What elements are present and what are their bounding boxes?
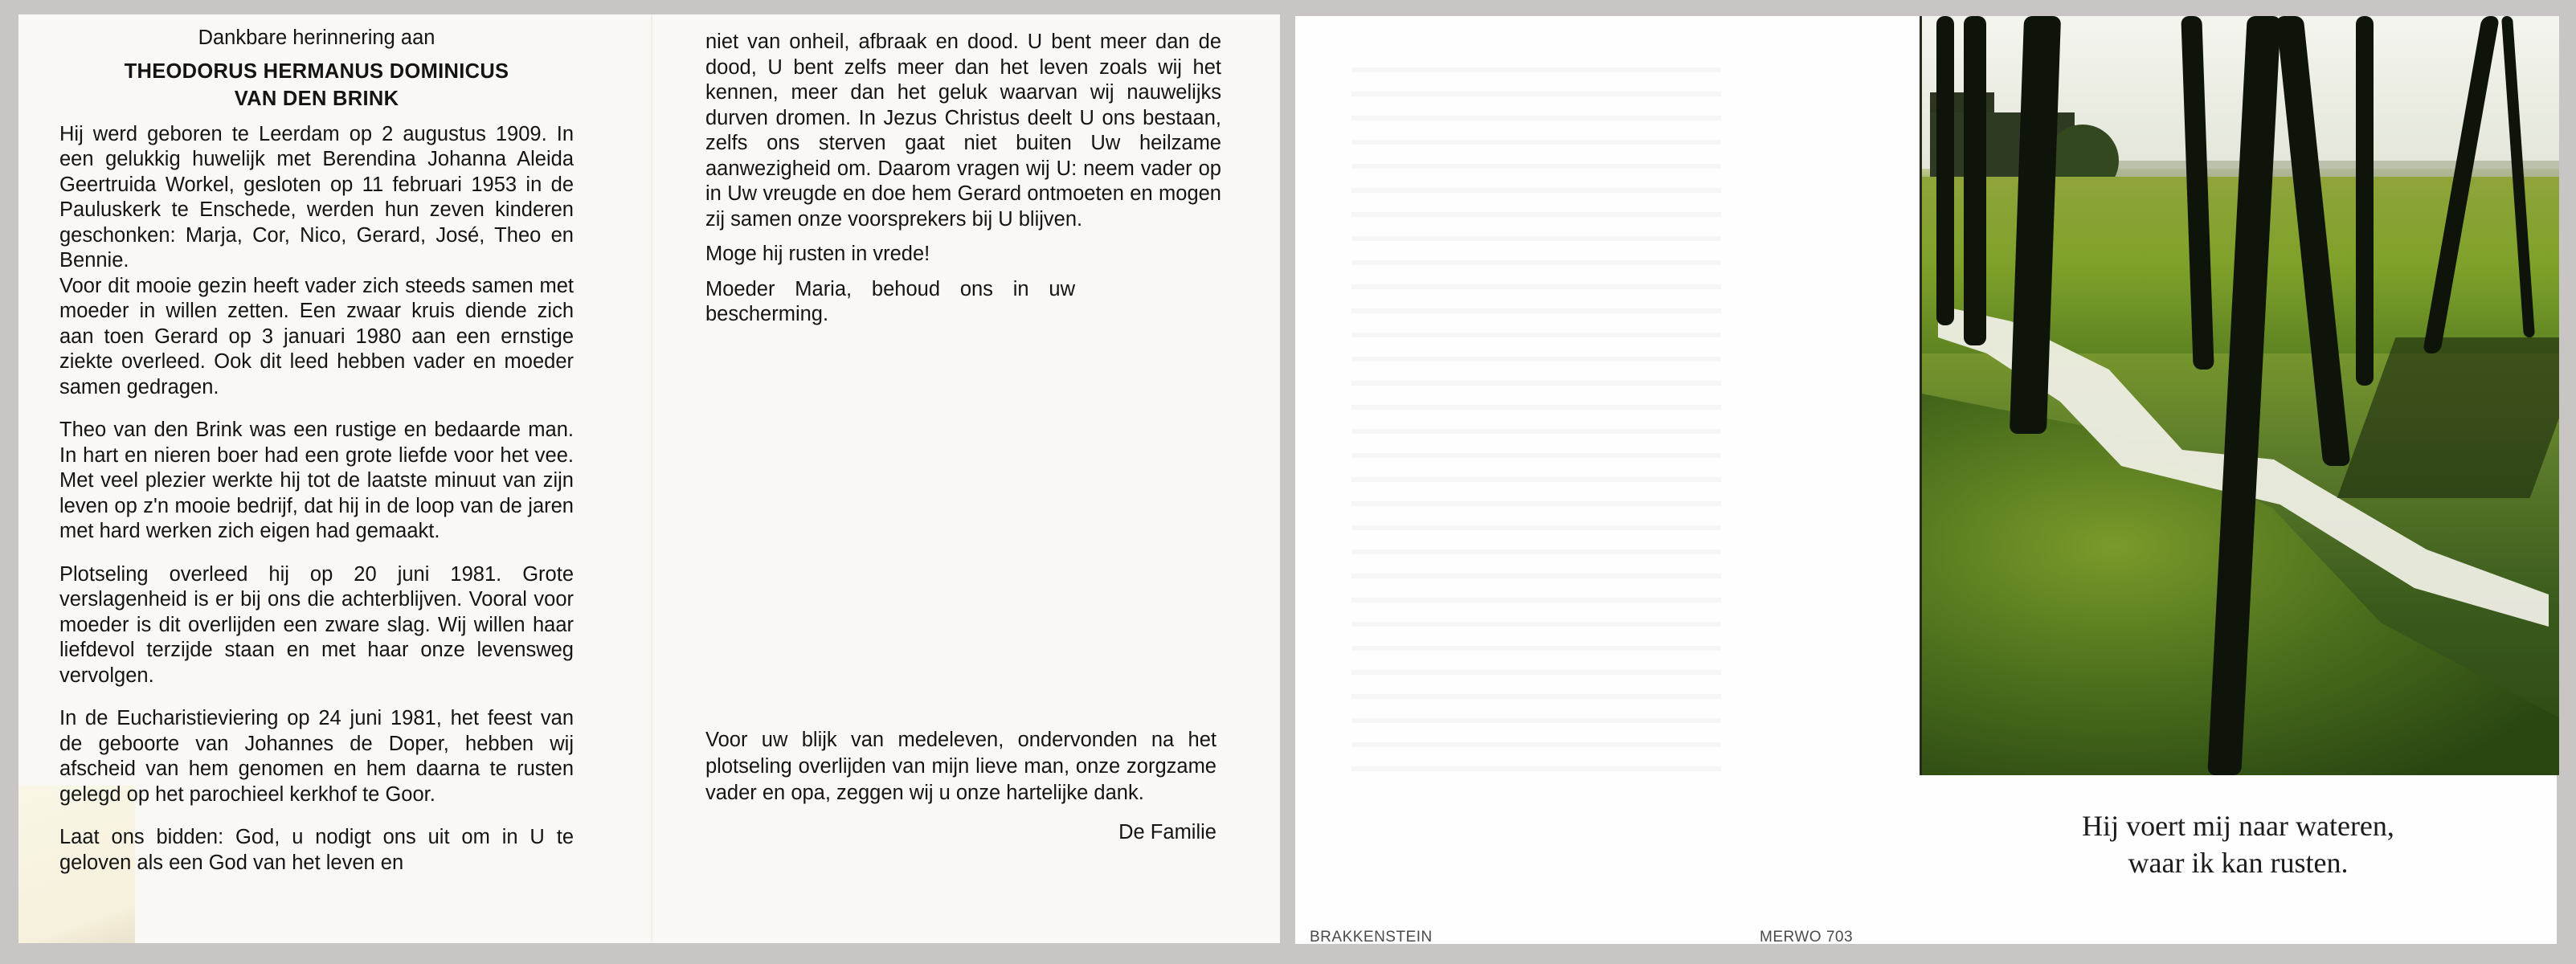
biography-panel: Dankbare herinnering aan THEODORUS HERMA… xyxy=(59,26,574,876)
prayer-continued: niet van onheil, afbraak en dood. U bent… xyxy=(705,30,1221,232)
landscape-photo xyxy=(1920,16,2559,775)
paragraph-death: Plotseling overleed hij op 20 juni 1981.… xyxy=(59,562,574,689)
verse-line-2: waar ik kan rusten. xyxy=(1920,844,2557,881)
print-code: MERWO 703 xyxy=(1760,929,1853,946)
memorial-card-inside: Dankbare herinnering aan THEODORUS HERMA… xyxy=(18,14,1280,943)
paragraph-family: Voor dit mooie gezin heeft vader zich st… xyxy=(59,274,574,401)
paragraph-character: Theo van den Brink was een rustige en be… xyxy=(59,418,574,545)
rest-in-peace-line: Moge hij rusten in vrede! xyxy=(705,242,1221,268)
show-through-text xyxy=(1351,48,1721,771)
psalm-verse: Hij voert mij naar wateren, waar ik kan … xyxy=(1920,807,2557,881)
intro-line: Dankbare herinnering aan xyxy=(59,26,574,51)
prayer-panel: niet van onheil, afbraak en dood. U bent… xyxy=(705,30,1221,328)
publisher-imprint: BRAKKENSTEIN xyxy=(1310,929,1433,946)
thanks-panel: Voor uw blijk van medeleven, ondervonden… xyxy=(705,727,1216,846)
verse-line-1: Hij voert mij naar wateren, xyxy=(1920,807,2557,844)
tree-trunk-icon xyxy=(2356,16,2374,386)
tree-trunk-icon xyxy=(1936,16,1954,325)
fold-line xyxy=(651,14,652,943)
paragraph-birth-marriage: Hij werd geboren te Leerdam op 2 augustu… xyxy=(59,122,574,274)
deceased-name-line-2: VAN DEN BRINK xyxy=(59,85,574,112)
paragraph-funeral: In de Eucharistieviering op 24 juni 1981… xyxy=(59,706,574,807)
memorial-card-outside: Hij voert mij naar wateren, waar ik kan … xyxy=(1295,16,2557,944)
deceased-name-line-1: THEODORUS HERMANUS DOMINICUS xyxy=(59,58,574,85)
thanks-text: Voor uw blijk van medeleven, ondervonden… xyxy=(705,727,1216,807)
tree-trunk-icon xyxy=(1964,16,1986,345)
mary-prayer-line: Moeder Maria, behoud ons in uw beschermi… xyxy=(705,277,1075,328)
paragraph-prayer-start: Laat ons bidden: God, u nodigt ons uit o… xyxy=(59,825,574,876)
family-signature: De Familie xyxy=(705,819,1216,846)
